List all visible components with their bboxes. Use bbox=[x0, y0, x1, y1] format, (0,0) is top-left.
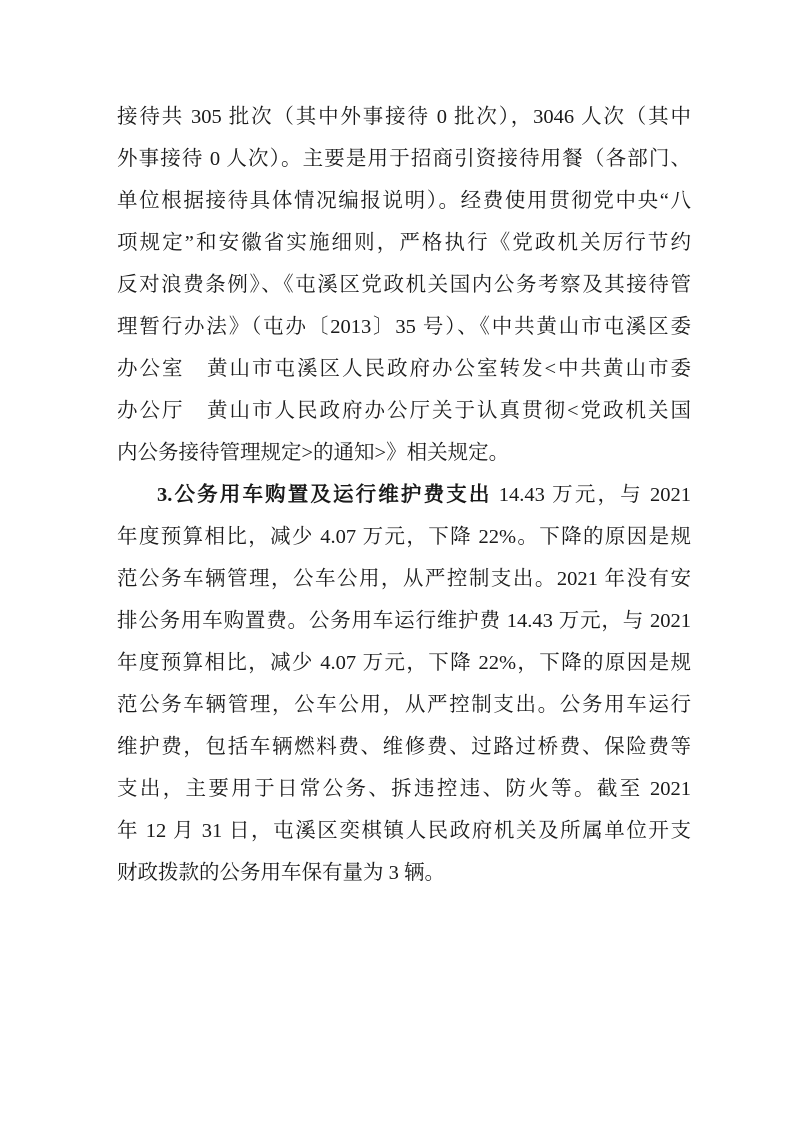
text-line: 范公务车辆管理，公车公用，从严控制支出。公务用车运行 bbox=[117, 684, 691, 726]
document-page: 接待共 305 批次（其中外事接待 0 批次），3046 人次（其中 外事接待 … bbox=[0, 0, 793, 1122]
text-line: 办公厅 黄山市人民政府办公厅关于认真贯彻<党政机关国 bbox=[117, 390, 691, 432]
text-line: 支出，主要用于日常公务、拆违控违、防火等。截至 2021 bbox=[117, 768, 691, 810]
text-line: 年度预算相比，减少 4.07 万元，下降 22%。下降的原因是规 bbox=[117, 516, 691, 558]
text-line: 反对浪费条例》、《屯溪区党政机关国内公务考察及其接待管 bbox=[117, 264, 691, 306]
text-line-heading: 3.公务用车购置及运行维护费支出 14.43 万元，与 2021 bbox=[117, 474, 691, 516]
bold-heading-run: 3.公务用车购置及运行维护费支出 bbox=[157, 484, 492, 506]
text-line: 排公务用车购置费。公务用车运行维护费 14.43 万元，与 2021 bbox=[117, 600, 691, 642]
text-line: 理暂行办法》（屯办〔2013〕35 号）、《中共黄山市屯溪区委 bbox=[117, 306, 691, 348]
text-line: 接待共 305 批次（其中外事接待 0 批次），3046 人次（其中 bbox=[117, 96, 691, 138]
text-line: 年度预算相比，减少 4.07 万元，下降 22%，下降的原因是规 bbox=[117, 642, 691, 684]
text-line: 范公务车辆管理，公车公用，从严控制支出。2021 年没有安 bbox=[117, 558, 691, 600]
text-line: 年 12 月 31 日，屯溪区奕棋镇人民政府机关及所属单位开支 bbox=[117, 810, 691, 852]
text-line: 维护费，包括车辆燃料费、维修费、过路过桥费、保险费等 bbox=[117, 726, 691, 768]
text-line: 办公室 黄山市屯溪区人民政府办公室转发<中共黄山市委 bbox=[117, 348, 691, 390]
text-line: 项规定”和安徽省实施细则，严格执行《党政机关厉行节约 bbox=[117, 222, 691, 264]
text-line-paragraph-end: 财政拨款的公务用车保有量为 3 辆。 bbox=[117, 852, 691, 894]
text-line-paragraph-end: 内公务接待管理规定>的通知>》相关规定。 bbox=[117, 432, 691, 474]
text-line: 外事接待 0 人次）。主要是用于招商引资接待用餐（各部门、 bbox=[117, 138, 691, 180]
text-line: 单位根据接待具体情况编报说明）。经费使用贯彻党中央“八 bbox=[117, 180, 691, 222]
text-block: 接待共 305 批次（其中外事接待 0 批次），3046 人次（其中 外事接待 … bbox=[117, 96, 691, 894]
text-run: 14.43 万元，与 2021 bbox=[492, 484, 691, 506]
